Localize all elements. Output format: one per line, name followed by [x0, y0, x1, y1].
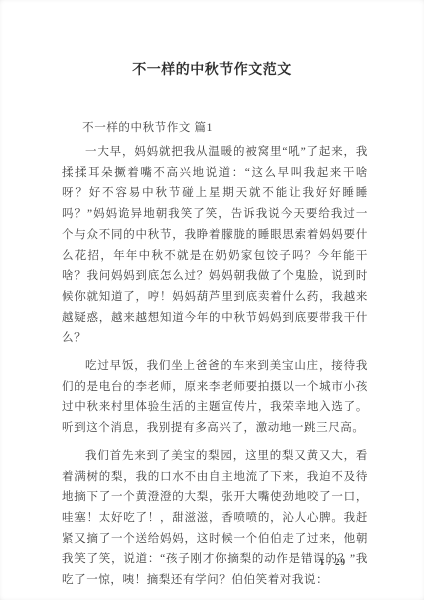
paragraph-1: 一大早，妈妈就把我从温暖的被窝里“吼”了起来，我揉揉耳朵撅着嘴不高兴地说道：“这…: [62, 142, 368, 349]
paragraph-3: 我们首先来到了美宝的梨园，这里的梨又黄又大，看着满树的梨，我的口水不由自主地流了…: [62, 446, 368, 591]
document-page: 不一样的中秋节作文范文 不一样的中秋节作文 篇1 一大早，妈妈就把我从温暖的被窝…: [0, 0, 424, 600]
page-number-indicator: 1 / 29: [319, 557, 346, 567]
section-heading: 不一样的中秋节作文 篇1: [62, 118, 368, 139]
paragraph-2: 吃过早饭，我们坐上爸爸的车来到美宝山庄，接待我们的是电台的李老师，原来李老师要拍…: [62, 356, 368, 439]
document-title: 不一样的中秋节作文范文: [0, 0, 424, 81]
document-body: 不一样的中秋节作文 篇1 一大早，妈妈就把我从温暖的被窝里“吼”了起来，我揉揉耳…: [0, 81, 424, 591]
